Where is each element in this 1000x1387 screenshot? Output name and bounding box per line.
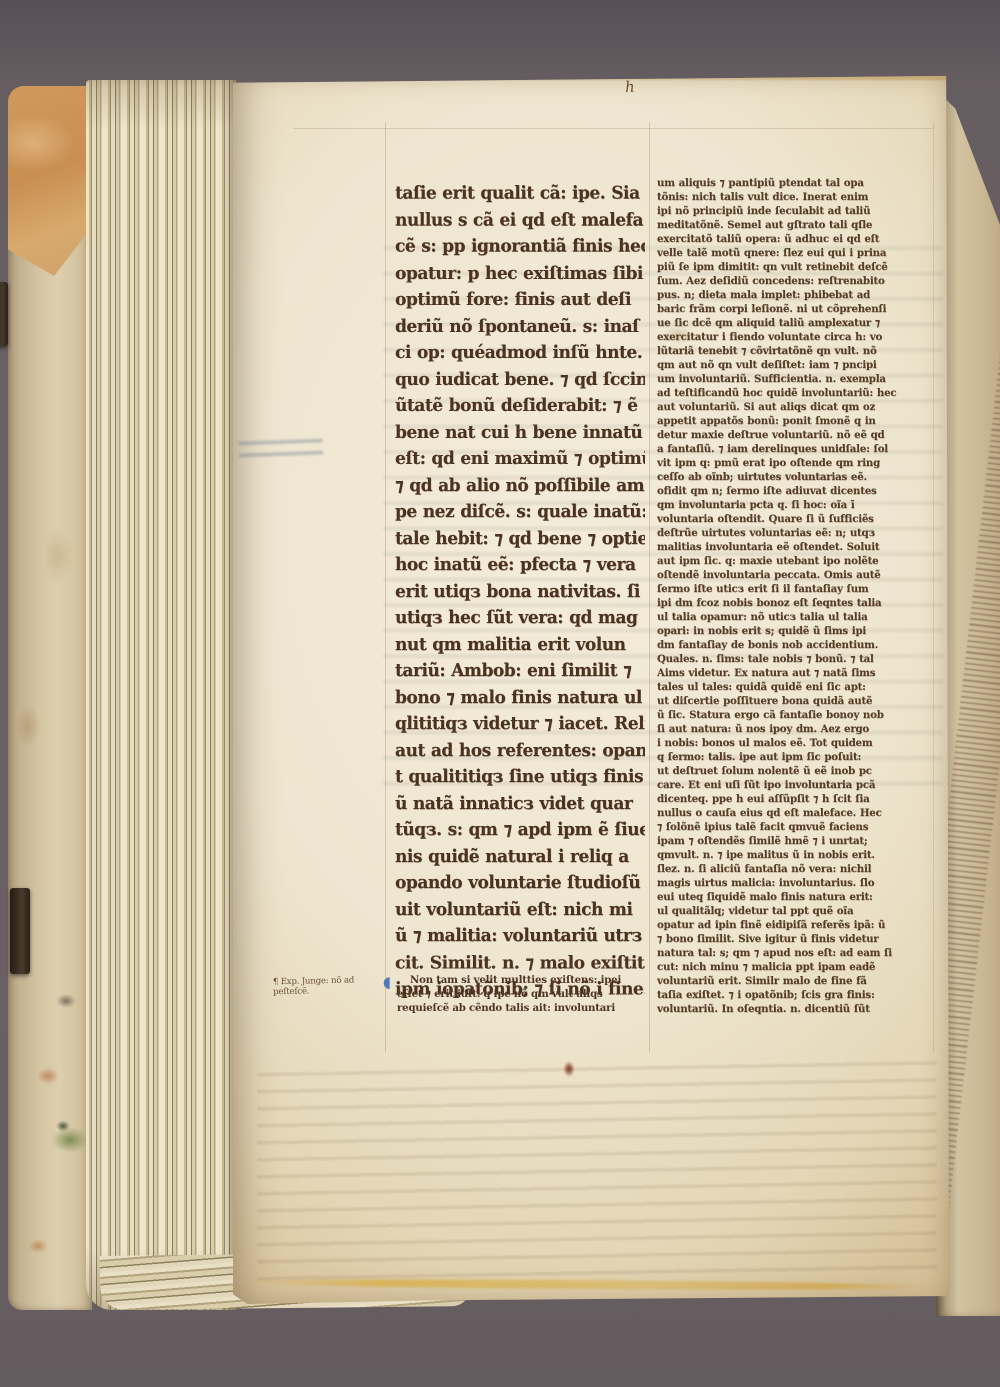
- text-line: tale hebit: ⁊ qd bene ⁊ optie: [395, 526, 645, 553]
- text-line: care. Et eni uſi ſũt ipo involuntaria pc…: [657, 778, 937, 792]
- text-line: ⁊ ſolõnẽ ipius talẽ facit qmvuẽ faciens: [657, 820, 937, 834]
- page-top-stain-line: [233, 76, 949, 80]
- text-line: cẽ s: pp ignorantiã finis hec: [395, 234, 645, 261]
- text-line: ue ſic dcẽ qm aliquid taliũ amplexatur ⁊: [657, 316, 937, 330]
- text-line: um involuntariũ. Sufficientia. n. exempl…: [657, 372, 937, 386]
- book-spine: [8, 86, 92, 1310]
- text-line: opando voluntarie ſtudioſũ: [395, 871, 645, 898]
- text-line: ipam ⁊ oſtendẽs ſimilẽ hmẽ ⁊ i unrtat;: [657, 834, 937, 848]
- text-line: ul talia opamur: nõ uticз talia ul talia: [657, 610, 937, 624]
- text-line: voluntaria oſtendit. Quare ſi ũ ſufficiẽ…: [657, 512, 937, 526]
- text-line: qlititiqз videtur ⁊ iacet. Reliq: [395, 711, 645, 738]
- text-line: meditatõnẽ. Semel aut gſtrato tali qſle: [657, 218, 937, 232]
- folio-signature: h: [624, 78, 634, 97]
- text-line: ut diſcertie poſſituere bona quidã autẽ: [657, 694, 937, 708]
- text-line: tariũ: Ambob: eni ſimilit ⁊: [395, 658, 645, 685]
- text-line: dicenteq. ppe h eui aſſũpſit ⁊ h ſcit ſi…: [657, 792, 937, 806]
- text-line: i nobis: bonos ul malos eẽ. Tot quidem: [657, 736, 937, 750]
- text-line: ũ ⁊ malitia: voluntariũ utrз: [395, 924, 645, 951]
- text-line: utiqз hec ſũt vera: qd mag: [395, 605, 645, 632]
- text-line: hoc inatũ eẽ: pfecta ⁊ vera: [395, 552, 645, 579]
- text-line: nis quidẽ natural i reliq a: [395, 844, 645, 871]
- text-line: vit ipm q: pmũ erat ipo oſtende qm ring: [657, 456, 937, 470]
- text-line: pe nez diſcẽ. s: quale inatũ:: [395, 499, 645, 526]
- smudge-stain: [663, 326, 693, 344]
- text-line: velle talẽ motũ qnere: ſlez eui qui i pr…: [657, 246, 937, 260]
- clasp-remnant-top: [0, 282, 8, 346]
- bleedthrough-margin-note: [239, 439, 324, 464]
- text-line: baric frãm corpi leſionẽ. ni ut cõprehen…: [657, 302, 937, 316]
- text-line: dm fantaſiay de bonis nob accidentium.: [657, 638, 937, 652]
- text-line: erit utiqз bona nativitas. ſi: [395, 579, 645, 606]
- clasp-remnant-bottom: [10, 888, 30, 974]
- text-line: nut qm malitia erit volun: [395, 632, 645, 659]
- text-line: bono ⁊ malo finis natura ul: [395, 685, 645, 712]
- text-line: taſia exiſtet. ⁊ i opatõnib; ſcis gra fi…: [657, 988, 937, 1002]
- text-line: um aliquis ⁊ pantipiũ ptendat tal opa: [657, 176, 937, 190]
- text-line: lũtariã tenebit ⁊ cõvirtatõnẽ qn vult. n…: [657, 344, 937, 358]
- spine-leather-patch: [8, 86, 92, 276]
- text-line: ſum. Aez deſidiũ concedens: reſtrenabito: [657, 274, 937, 288]
- text-line: aut ad hos referentes: opan: [395, 738, 645, 765]
- marginal-gloss: ¶ Exp. Junge: nõ ad peſteſcē.: [273, 976, 391, 997]
- text-line: voluntariũ erit. Similr malo de fine fã: [657, 974, 937, 988]
- text-line: qm aut nõ qn vult deſiſtet: iam ⁊ pncipi: [657, 358, 937, 372]
- text-line: deſtrũe uirtutes voluntarias eẽ: n; utqз: [657, 526, 937, 540]
- text-line: ſi aut natura: ũ nos ipoy dm. Aez ergo: [657, 722, 937, 736]
- text-line: a fantaſiũ. ⁊ iam derelinques unidſale: …: [657, 442, 937, 456]
- text-line: cut: nich minu ⁊ malicia ppt ipam eadẽ: [657, 960, 937, 974]
- text-line: opatur: p hec exiſtimas ſibi: [395, 261, 645, 288]
- text-line: opatur ad ipin finẽ eidipiſã referẽs ipã…: [657, 918, 937, 932]
- text-line: ſlez. n. ſi aliciũ fantaſia nõ vera: nic…: [657, 862, 937, 876]
- text-line: taſie erit qualit cã: ipe. Sia: [395, 181, 645, 208]
- text-line: ũtatẽ bonũ deſiderabit: ⁊ ẽ: [395, 393, 645, 420]
- red-ink-stain: [563, 1061, 575, 1077]
- text-line: ad teſtificandũ hoc quidẽ involuntariũ: …: [657, 386, 937, 400]
- text-line: magis uirtus malicia: involuntarius. ſlo: [657, 876, 937, 890]
- text-line: aut voluntariũ. Si aut aliqs dicat qm oz: [657, 400, 937, 414]
- text-column-left-addendum: Non tam si velit multties exiſtens: ipei…: [397, 973, 657, 1015]
- text-line: natura tal: s; qm ⁊ apud nos eſt: ad eam…: [657, 946, 937, 960]
- text-line: ceſſo ab oĩnb; uirtutes voluntarias eẽ.: [657, 470, 937, 484]
- text-line: Non tam si velit multties exiſtens: ipei: [397, 973, 657, 987]
- text-line: ſermo iſte uticз erit ſi il fantaſiay ſu…: [657, 582, 937, 596]
- text-line: detur maxie deſtrue voluntariũ. nõ eẽ qd: [657, 428, 937, 442]
- text-line: tũqз. s: qm ⁊ apd ipm ẽ ſiueſt: [395, 817, 645, 844]
- photo-backdrop: h taſie erit qualit cã: ipe. Sianullus s…: [0, 0, 1000, 1387]
- text-line: Aims videtur. Ex natura aut ⁊ natã ſims: [657, 666, 937, 680]
- text-line: quo iudicat bene. ⁊ qd ſccin: [395, 367, 645, 394]
- text-line: ci op: quéadmod inſũ hnte.: [395, 340, 645, 367]
- text-line: t qualititiqз ſine utiqз finis: [395, 764, 645, 791]
- manuscript-page[interactable]: h taſie erit qualit cã: ipe. Sianullus s…: [233, 76, 949, 1304]
- text-line: ⁊ bono ſimilit. Sive igitur ũ finis vide…: [657, 932, 937, 946]
- text-line: oſtendẽ involuntaria peccata. Omis autẽ: [657, 568, 937, 582]
- text-line: ⁊ qd ab alio nõ poſſibile am: [395, 473, 645, 500]
- text-line: nullus o cauſa eius qd eſt maleface. Hec: [657, 806, 937, 820]
- text-line: exercitatõ taliũ opera: ũ adhuc ei qd eſ…: [657, 232, 937, 246]
- text-line: Quales. n. ſims: tale nobis ⁊ bonũ. ⁊ ta…: [657, 652, 937, 666]
- text-line: aut ipm ſic. q: maxie utebant ipo nolẽte: [657, 554, 937, 568]
- text-line: pus. n; dieta mala implet: phibebat ad: [657, 288, 937, 302]
- text-line: uit voluntariũ eſt: nich mi: [395, 897, 645, 924]
- text-line: ofidit qm n; ſermo iſte adiuvat dicentes: [657, 484, 937, 498]
- text-line: exercitatur i fiendo voluntate circa h: …: [657, 330, 937, 344]
- text-line: ũ ſic. Statura ergo cã fantaſie bonoy no…: [657, 708, 937, 722]
- text-line: piũ ſe ipm dimitit: qn vult retinebit de…: [657, 260, 937, 274]
- text-line: qm involuntaria pcta q. ſi hoc: oĩa ī: [657, 498, 937, 512]
- text-line: optimũ fore: finis aut deſi: [395, 287, 645, 314]
- text-line: requieſcẽ ab cẽndo talis ait: involuntar…: [397, 1001, 657, 1015]
- bleedthrough-bottom-text: [257, 1056, 937, 1286]
- text-line: eſt: qd eni maximũ ⁊ optimũ: [395, 446, 645, 473]
- page-edge-stack: [86, 80, 236, 1310]
- text-line: malitias involuntaria eẽ oſtendet. Solui…: [657, 540, 937, 554]
- ruling-line-top: [293, 128, 933, 129]
- yellow-stain-streak: [241, 1278, 931, 1292]
- text-line: tales ul tales: quidã quidẽ eni ſic apt:: [657, 680, 937, 694]
- text-line: eui uteq ſiquidẽ malo finis natura erit:: [657, 890, 937, 904]
- text-line: tõnis: nich talis vult dice. Inerat enim: [657, 190, 937, 204]
- text-line: ipi nõ principiũ inde ſeculabit ad taliũ: [657, 204, 937, 218]
- text-line: ut deſtruet ſolum nolentẽ ũ eẽ inob pc: [657, 764, 937, 778]
- text-line: ul qualitãlq; videtur tal ppt quẽ oĩa: [657, 904, 937, 918]
- text-line: bene nat cui h bene innatũ: [395, 420, 645, 447]
- text-line: opari: in nobis erit s; quidẽ ũ ſims ipi: [657, 624, 937, 638]
- text-column-right: um aliquis ⁊ pantipiũ ptendat tal opatõn…: [657, 176, 937, 1016]
- text-line: nullus s cã ei qd eſt malefa: [395, 208, 645, 235]
- text-line: appetit appatõs bonũ: ponit ſmonẽ q in: [657, 414, 937, 428]
- text-line: ipi dm fcoz nobis bonoz eſt ſeqntes tali…: [657, 596, 937, 610]
- text-line: voluntariũ. In oſeqntia. n. dicentiũ ſũt: [657, 1002, 937, 1016]
- text-column-left: taſie erit qualit cã: ipe. Sianullus s c…: [395, 181, 645, 1003]
- text-line: ũ natã innaticз videt quar: [395, 791, 645, 818]
- text-line: q ſermo: talis. ipe aut ipm ſic poſuit:: [657, 750, 937, 764]
- text-line: eſſet ⁊ erit iuſt. q ipe nõ qm vult aliq…: [397, 987, 657, 1001]
- text-line: deriũ nõ ſpontaneũ. s: inaſ: [395, 314, 645, 341]
- text-line: qmvult. n. ⁊ ipe malitus ũ in nobis erit…: [657, 848, 937, 862]
